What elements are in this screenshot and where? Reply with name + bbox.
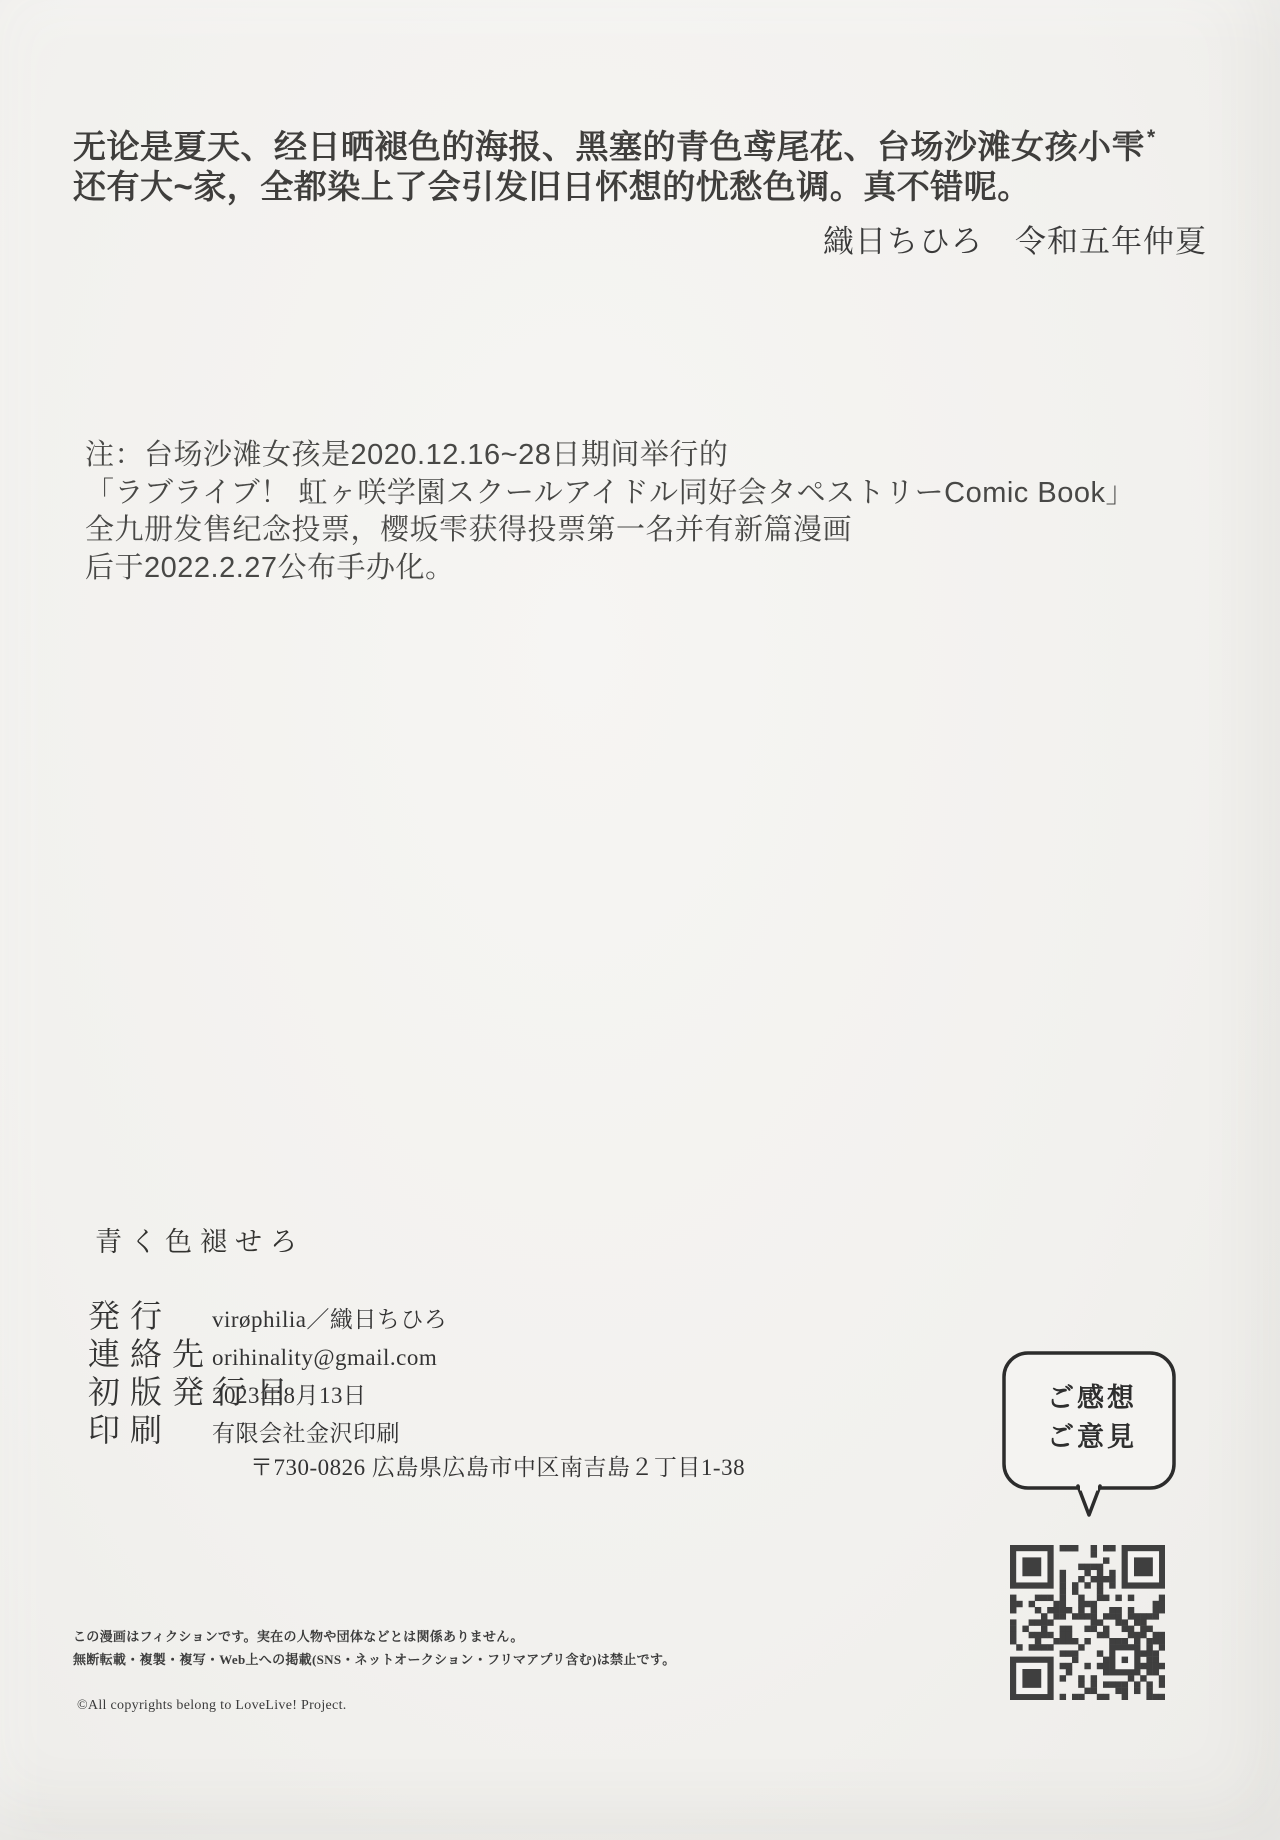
feedback-bubble-text: ご感想 ご意見 bbox=[1047, 1379, 1137, 1457]
printer-address: 〒730-0826 広島県広島市中区南吉島２丁目1-38 bbox=[250, 1449, 745, 1482]
footnote-line: 全九册发售纪念投票，樱坂雫获得投票第一名并有新篇漫画 bbox=[85, 512, 1135, 550]
copyright-notice: ©All copyrights belong to LoveLive! Proj… bbox=[77, 1698, 347, 1714]
colophon-page: 无论是夏天、经日晒褪色的海报、黑塞的青色鸢尾花、台场沙滩女孩小雫* 还有大~家，… bbox=[0, 0, 1280, 1840]
credit-label: 初版発行日 bbox=[88, 1373, 212, 1411]
credit-label: 発行 bbox=[88, 1297, 212, 1335]
credit-row-contact: 連絡先orihinality@gmail.com bbox=[88, 1335, 437, 1375]
afterword-line-2: 还有大~家，全都染上了会引发旧日怀想的忧愁色调。真不错呢。 bbox=[73, 167, 1213, 207]
footnote-asterisk: * bbox=[1147, 126, 1156, 149]
footnote-line: 注：台场沙滩女孩是2020.12.16~28日期间举行的 bbox=[85, 437, 1135, 475]
disclaimer-line: この漫画はフィクションです。実在の人物や団体などとは関係ありません。 bbox=[73, 1626, 676, 1649]
footnote-line: 「ラブライブ！ 虹ヶ咲学園スクールアイドル同好会タペストリーComic Book… bbox=[85, 475, 1135, 513]
credit-label: 連絡先 bbox=[88, 1335, 212, 1373]
feedback-line: ご感想 bbox=[1047, 1379, 1137, 1418]
credit-value: 有限会社金沢印刷 bbox=[212, 1421, 400, 1446]
feedback-line: ご意見 bbox=[1047, 1418, 1137, 1457]
credit-value: orihinality@gmail.com bbox=[212, 1345, 437, 1370]
footnote-line: 后于2022.2.27公布手办化。 bbox=[85, 550, 1135, 588]
credit-value: virøphilia／織日ちひろ bbox=[212, 1307, 447, 1332]
qr-code bbox=[1010, 1545, 1165, 1700]
footnote-block: 注：台场沙滩女孩是2020.12.16~28日期间举行的 「ラブライブ！ 虹ヶ咲… bbox=[85, 437, 1135, 587]
credit-row-publisher: 発行virøphilia／織日ちひろ bbox=[88, 1297, 447, 1337]
afterword-line-1: 无论是夏天、经日晒褪色的海报、黑塞的青色鸢尾花、台场沙滩女孩小雫* bbox=[73, 118, 1213, 167]
credit-label: 印刷 bbox=[88, 1411, 212, 1449]
author-signature: 織日ちひろ 令和五年仲夏 bbox=[823, 216, 1207, 261]
afterword-paragraph: 无论是夏天、经日晒褪色的海报、黑塞的青色鸢尾花、台场沙滩女孩小雫* 还有大~家，… bbox=[73, 118, 1213, 207]
book-title: 青く色褪せろ bbox=[95, 1220, 305, 1259]
disclaimer-line: 無断転載・複製・複写・Web上への掲載(SNS・ネットオークション・フリマアプリ… bbox=[73, 1649, 676, 1672]
credit-row-printer: 印刷有限会社金沢印刷 bbox=[88, 1411, 400, 1451]
credit-row-first-edition: 初版発行日2023年8月13日 bbox=[88, 1373, 367, 1413]
disclaimer-block: この漫画はフィクションです。実在の人物や団体などとは関係ありません。 無断転載・… bbox=[73, 1626, 676, 1671]
credit-value: 2023年8月13日 bbox=[212, 1383, 367, 1408]
